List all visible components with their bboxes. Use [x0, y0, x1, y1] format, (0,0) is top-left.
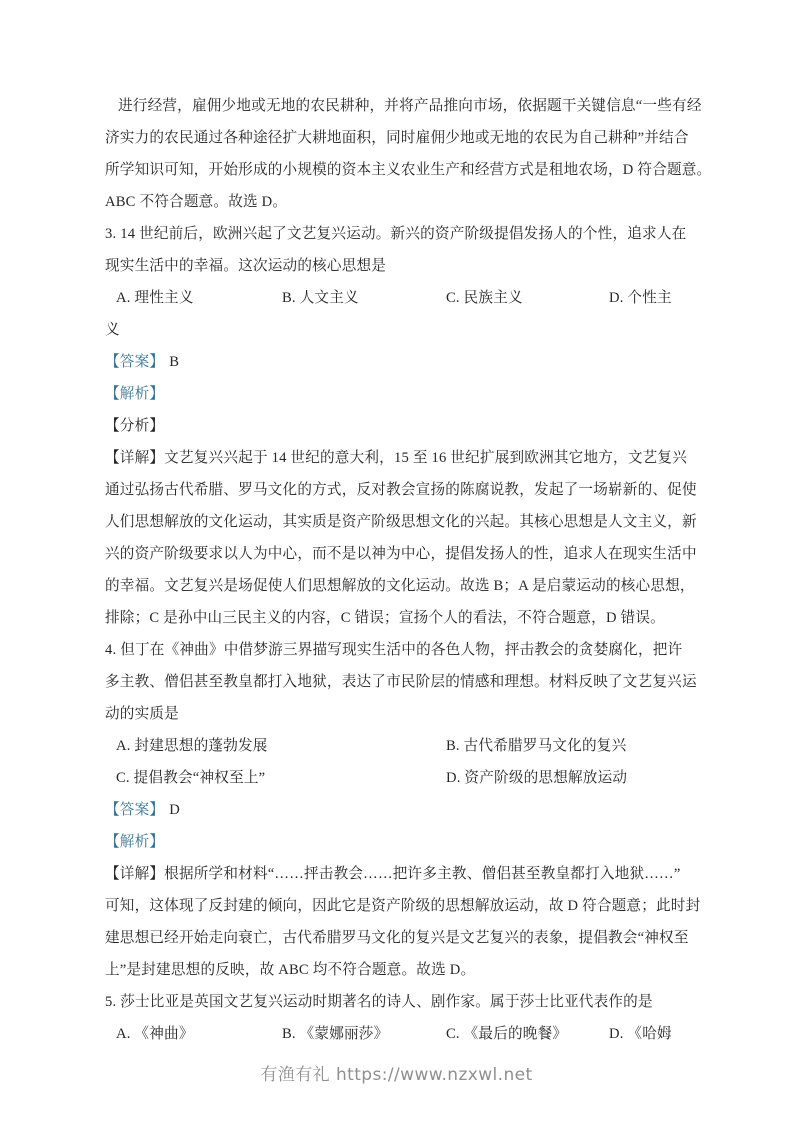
option-a: A. 《神曲》 — [116, 1018, 194, 1050]
question-3-fenxi-line: 【分析】 — [105, 410, 691, 442]
fenxi-label: 【分析】 — [105, 418, 164, 434]
question-3-detail-line: 通过弘扬古代希腊、罗马文化的方式，反对教会宣扬的陈腐说教，发起了一场崭新的、促使 — [105, 474, 691, 506]
jiexi-label: 【解析】 — [105, 834, 164, 850]
question-3-detail-line: 人们思想解放的文化运动，其实质是资产阶级思想文化的兴起。其核心思想是人文主义，新 — [105, 506, 691, 538]
question-5: 5. 莎士比亚是英国文艺复兴运动时期著名的诗人、剧作家。属于莎士比亚代表作的是 … — [105, 986, 691, 1050]
question-3-detail-line: 排除；C 是孙中山三民主义的内容，C 错误；宣扬个人的看法，不符合题意，D 错误… — [105, 602, 691, 634]
answer-label: 【答案】 — [105, 354, 164, 370]
question-3-stem-line: 3. 14 世纪前后，欧洲兴起了文艺复兴运动。新兴的资产阶级提倡发扬人的个性，追… — [105, 218, 691, 250]
question-3-detail-line: 兴的资产阶级要求以人为中心，而不是以神为中心，提倡发扬人的性，追求人在现实生活中 — [105, 538, 691, 570]
text-line: 所学知识可知，开始形成的小规模的资本主义农业生产和经营方式是租地农场，D 符合题… — [105, 154, 691, 186]
page-content: 进行经营，雇佣少地或无地的农民耕种，并将产品推向市场，依据题干关键信息“一些有经… — [105, 90, 691, 1050]
question-5-stem-line: 5. 莎士比亚是英国文艺复兴运动时期著名的诗人、剧作家。属于莎士比亚代表作的是 — [105, 986, 691, 1018]
question-4-detail-line: 上”是封建思想的反映，故 ABC 均不符合题意。故选 D。 — [105, 954, 691, 986]
text-line: 济实力的农民通过各种途径扩大耕地面积，同时雇佣少地或无地的农民为自己耕种”并结合 — [105, 122, 691, 154]
question-3-answer-line: 【答案】B — [105, 346, 691, 378]
option-d: D. 《哈姆 — [609, 1018, 672, 1050]
question-5-options-row: A. 《神曲》 B. 《蒙娜丽莎》 C. 《最后的晚餐》 D. 《哈姆 — [105, 1018, 691, 1050]
question-4-answer-line: 【答案】D — [105, 794, 691, 826]
question-4-stem-line: 多主教、僧侣甚至教皇都打入地狱，表达了市民阶层的情感和理想。材料反映了文艺复兴运 — [105, 666, 691, 698]
answer-value: B — [169, 354, 179, 370]
option-b: B. 《蒙娜丽莎》 — [282, 1018, 388, 1050]
option-a: A. 封建思想的蓬勃发展 — [116, 730, 268, 762]
jiexi-label: 【解析】 — [105, 386, 164, 402]
text-line: 进行经营，雇佣少地或无地的农民耕种，并将产品推向市场，依据题干关键信息“一些有经 — [105, 90, 691, 122]
option-d: D. 资产阶级的思想解放运动 — [446, 762, 627, 794]
question-4-detail-line: 可知，这体现了反封建的倾向，因此它是资产阶级的思想解放运动，故 D 符合题意；此… — [105, 890, 691, 922]
text-line: ABC 不符合题意。故选 D。 — [105, 186, 691, 218]
option-c: C. 民族主义 — [446, 282, 523, 314]
question-3-detail-line: 的幸福。文艺复兴是场促使人们思想解放的文化运动。故选 B；A 是启蒙运动的核心思… — [105, 570, 691, 602]
answer-value: D — [169, 802, 180, 818]
question-3: 3. 14 世纪前后，欧洲兴起了文艺复兴运动。新兴的资产阶级提倡发扬人的个性，追… — [105, 218, 691, 634]
question-4-options-row-1: A. 封建思想的蓬勃发展 B. 古代希腊罗马文化的复兴 — [105, 730, 691, 762]
question-3-detail-line: 【详解】文艺复兴兴起于 14 世纪的意大利，15 至 16 世纪扩展到欧洲其它地… — [105, 442, 691, 474]
question-3-jiexi-line: 【解析】 — [105, 378, 691, 410]
question-4-jiexi-line: 【解析】 — [105, 826, 691, 858]
option-c: C. 《最后的晚餐》 — [446, 1018, 567, 1050]
question-3-options-row: A. 理性主义 B. 人文主义 C. 民族主义 D. 个性主 — [105, 282, 691, 314]
question-4-detail-line: 建思想已经开始走向衰亡，古代希腊罗马文化的复兴是文艺复兴的表象，提倡教会“神权至 — [105, 922, 691, 954]
option-b: B. 古代希腊罗马文化的复兴 — [446, 730, 626, 762]
question-4: 4. 但丁在《神曲》中借梦游三界描写现实生活中的各色人物，抨击教会的贪婪腐化，把… — [105, 634, 691, 986]
option-b: B. 人文主义 — [282, 282, 359, 314]
question-4-options-row-2: C. 提倡教会“神权至上” D. 资产阶级的思想解放运动 — [105, 762, 691, 794]
q2-explanation-tail: 进行经营，雇佣少地或无地的农民耕种，并将产品推向市场，依据题干关键信息“一些有经… — [105, 90, 691, 218]
footer-site-name: 有渔有礼 — [260, 1065, 330, 1085]
option-a: A. 理性主义 — [116, 282, 194, 314]
option-d: D. 个性主 — [609, 282, 672, 314]
question-4-detail-line: 【详解】根据所学和材料“……抨击教会……把许多主教、僧侣甚至教皇都打入地狱……” — [105, 858, 691, 890]
question-3-stem-line: 现实生活中的幸福。这次运动的核心思想是 — [105, 250, 691, 282]
question-4-stem-line: 4. 但丁在《神曲》中借梦游三界描写现实生活中的各色人物，抨击教会的贪婪腐化，把… — [105, 634, 691, 666]
footer-url: https://www.nzxwl.net — [336, 1065, 533, 1085]
answer-label: 【答案】 — [105, 802, 164, 818]
option-c: C. 提倡教会“神权至上” — [116, 762, 265, 794]
option-d-overflow: 义 — [105, 314, 691, 346]
page-footer: 有渔有礼https://www.nzxwl.net — [0, 1060, 793, 1085]
question-4-stem-line: 动的实质是 — [105, 698, 691, 730]
